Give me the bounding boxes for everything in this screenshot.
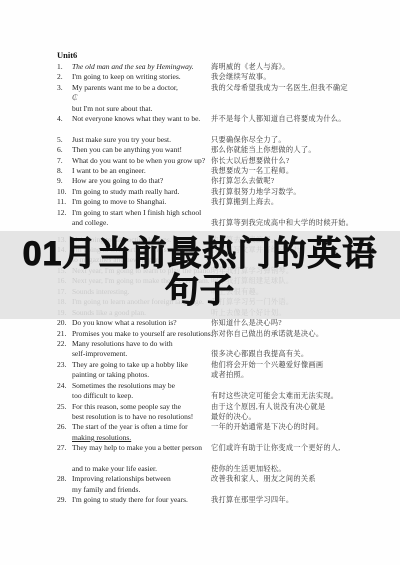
- item-english: Not everyone knows what they want to be.: [72, 114, 211, 124]
- item-chinese: 有时这些决定可能会太难而无法实现。: [211, 391, 338, 401]
- list-item: 3. My parents want me to be a doctor, 我的…: [57, 83, 400, 93]
- list-item: 12. I'm going to start when I finish hig…: [57, 208, 400, 218]
- list-item: 28. Improving relationships between 改善我和…: [57, 474, 400, 484]
- unit-title: Unit6: [57, 49, 400, 62]
- list-item: ₵: [57, 93, 400, 103]
- item-chinese: 我的父母希望我成为一名医生,但我不确定: [211, 83, 348, 93]
- item-chinese: 我打算很努力地学习数学。: [211, 187, 301, 197]
- item-chinese: 并不是每个人都知道自己将要成为什么。: [211, 114, 346, 124]
- item-english: My parents want me to be a doctor,: [72, 83, 211, 93]
- list-item: 27. They may help to make you a better p…: [57, 443, 400, 453]
- item-english: They may help to make you a better perso…: [72, 443, 211, 453]
- item-number: 23.: [57, 360, 72, 370]
- list-item: 6. Then you can be anything you want! 那么…: [57, 145, 400, 155]
- item-english: Just make sure you try your best.: [72, 135, 211, 145]
- item-chinese: 我打算等到我完成高中和大学的时候开始。: [211, 218, 353, 228]
- item-english: too difficult to keep.: [72, 391, 211, 401]
- item-number: [57, 349, 72, 359]
- item-chinese: 最好的决心。: [211, 412, 256, 422]
- list-item: 7. What do you want to be when you grow …: [57, 156, 400, 166]
- item-number: 11.: [57, 197, 72, 207]
- list-item: best resolution is to have no resolution…: [57, 412, 400, 422]
- item-english: making resolutions.: [72, 433, 211, 443]
- scanned-textbook-page: Unit6 1. The old man and the sea by Hemi…: [0, 0, 400, 565]
- item-english: self-improvement.: [72, 349, 211, 359]
- item-english: Many resolutions have to do with: [72, 339, 211, 349]
- item-number: 20.: [57, 318, 72, 328]
- list-item: 11. I'm going to move to Shanghai. 我打算搬到…: [57, 197, 400, 207]
- item-chinese: 使你的生活更加轻松。: [211, 464, 286, 474]
- promo-banner-text: 01月当前最热门的英语 句子: [0, 231, 400, 310]
- item-english: Then you can be anything you want!: [72, 145, 211, 155]
- item-number: 1.: [57, 62, 72, 72]
- list-item: 25. For this reason, some people say the…: [57, 402, 400, 412]
- item-chinese: 只要确保你尽全力了。: [211, 135, 286, 145]
- list-item: 1. The old man and the sea by Hemingway.…: [57, 62, 400, 72]
- list-item: too difficult to keep. 有时这些决定可能会太难而无法实现。: [57, 391, 400, 401]
- list-item: but I'm not sure about that.: [57, 104, 400, 114]
- list-item: painting or taking photos. 或者拍照。: [57, 370, 400, 380]
- item-number: 28.: [57, 474, 72, 484]
- item-chinese: 很多决心都跟自我提高有关。: [211, 349, 308, 359]
- item-english: Improving relationships between: [72, 474, 211, 484]
- item-english: For this reason, some people say the: [72, 402, 211, 412]
- item-chinese: 你对你自己做出的承诺就是决心。: [211, 329, 323, 339]
- banner-title-line1: 01月当前最热门的英语: [0, 236, 400, 273]
- list-item: 29. I'm going to study there for four ye…: [57, 495, 400, 505]
- list-item: and to make your life easier. 使你的生活更加轻松。: [57, 464, 400, 474]
- list-item: 22. Many resolutions have to do with: [57, 339, 400, 349]
- item-number: [57, 464, 72, 474]
- item-chinese: 他们将会开始一个兴趣爱好像画画: [211, 360, 323, 370]
- item-number: [57, 485, 72, 495]
- item-english: I'm going to keep on writing stories.: [72, 72, 211, 82]
- list-item: my family and friends.: [57, 485, 400, 495]
- item-number: 22.: [57, 339, 72, 349]
- promo-banner: 01月当前最热门的英语 句子: [0, 231, 400, 319]
- item-number: 6.: [57, 145, 72, 155]
- item-number: 10.: [57, 187, 72, 197]
- item-chinese: 我会继续写故事。: [211, 72, 271, 82]
- item-english: and college.: [72, 218, 211, 228]
- item-number: 7.: [57, 156, 72, 166]
- item-chinese: 我打算在那里学习四年。: [211, 495, 293, 505]
- item-chinese: 由于这个原因,有人说没有决心就是: [211, 402, 325, 412]
- item-english: my family and friends.: [72, 485, 211, 495]
- item-number: 5.: [57, 135, 72, 145]
- list-item: 9. How are you going to do that? 你打算怎么去做…: [57, 176, 400, 186]
- item-number: [57, 433, 72, 443]
- item-number: 2.: [57, 72, 72, 82]
- item-english: How are you going to do that?: [72, 176, 211, 186]
- list-item: 8. I want to be an engineer. 我想要成为一名工程师。: [57, 166, 400, 176]
- item-number: [57, 370, 72, 380]
- item-number: 24.: [57, 381, 72, 391]
- item-chinese: 或者拍照。: [211, 370, 248, 380]
- item-number: 29.: [57, 495, 72, 505]
- item-chinese: 你长大以后想要做什么?: [211, 156, 289, 166]
- list-item: self-improvement. 很多决心都跟自我提高有关。: [57, 349, 400, 359]
- item-english: Do you know what a resolution is?: [72, 318, 211, 328]
- item-number: [57, 412, 72, 422]
- list-item: 26. The start of the year is often a tim…: [57, 422, 400, 432]
- item-number: 9.: [57, 176, 72, 186]
- item-english: ₵: [72, 93, 211, 103]
- item-english: I want to be an engineer.: [72, 166, 211, 176]
- item-english: They are going to take up a hobby like: [72, 360, 211, 370]
- list-item: 5. Just make sure you try your best. 只要确…: [57, 135, 400, 145]
- item-chinese: 改善我和家人、朋友之间的关系: [211, 474, 316, 484]
- item-english: Sometimes the resolutions may be: [72, 381, 211, 391]
- item-english: I'm going to start when I finish high sc…: [72, 208, 211, 218]
- item-number: 21.: [57, 329, 72, 339]
- item-english: I'm going to study there for four years.: [72, 495, 211, 505]
- item-number: 4.: [57, 114, 72, 124]
- item-number: 27.: [57, 443, 72, 453]
- item-chinese: 它们或许有助于让你变成一个更好的人,: [211, 443, 340, 453]
- list-item: 20. Do you know what a resolution is? 你知…: [57, 318, 400, 328]
- list-item: 23. They are going to take up a hobby li…: [57, 360, 400, 370]
- item-english: and to make your life easier.: [72, 464, 211, 474]
- item-english: The old man and the sea by Hemingway.: [72, 62, 211, 72]
- item-number: [57, 93, 72, 103]
- item-english: best resolution is to have no resolution…: [72, 412, 211, 422]
- list-item: 2. I'm going to keep on writing stories.…: [57, 72, 400, 82]
- list-item: 10. I'm going to study math really hard.…: [57, 187, 400, 197]
- item-english: The start of the year is often a time fo…: [72, 422, 211, 432]
- item-chinese: 一年的开始通常是下决心的时间。: [211, 422, 323, 432]
- list-item: and college. 我打算等到我完成高中和大学的时候开始。: [57, 218, 400, 228]
- list-item: 24. Sometimes the resolutions may be: [57, 381, 400, 391]
- list-item: 4. Not everyone knows what they want to …: [57, 114, 400, 124]
- item-chinese: 你知道什么是决心吗?: [211, 318, 282, 328]
- item-english: I'm going to move to Shanghai.: [72, 197, 211, 207]
- item-number: 8.: [57, 166, 72, 176]
- item-chinese: 你打算怎么去做呢?: [211, 176, 274, 186]
- item-english: but I'm not sure about that.: [72, 104, 211, 114]
- list-item: making resolutions.: [57, 433, 400, 443]
- item-chinese: 那么你就能当上你想做的人了。: [211, 145, 316, 155]
- item-number: 25.: [57, 402, 72, 412]
- item-english: What do you want to be when you grow up?: [72, 156, 211, 166]
- item-english: Promises you make to yourself are resolu…: [72, 329, 211, 339]
- list-item: 21. Promises you make to yourself are re…: [57, 329, 400, 339]
- item-chinese: 我想要成为一名工程师。: [211, 166, 293, 176]
- item-english: painting or taking photos.: [72, 370, 211, 380]
- item-english: I'm going to study math really hard.: [72, 187, 211, 197]
- item-number: [57, 391, 72, 401]
- item-number: 26.: [57, 422, 72, 432]
- item-number: [57, 104, 72, 114]
- banner-title-line2: 句子: [0, 273, 400, 310]
- item-number: [57, 218, 72, 228]
- item-chinese: 我打算搬到上海去。: [211, 197, 278, 207]
- item-number: 12.: [57, 208, 72, 218]
- item-chinese: 海明威的《老人与海》。: [211, 62, 290, 72]
- item-number: 3.: [57, 83, 72, 93]
